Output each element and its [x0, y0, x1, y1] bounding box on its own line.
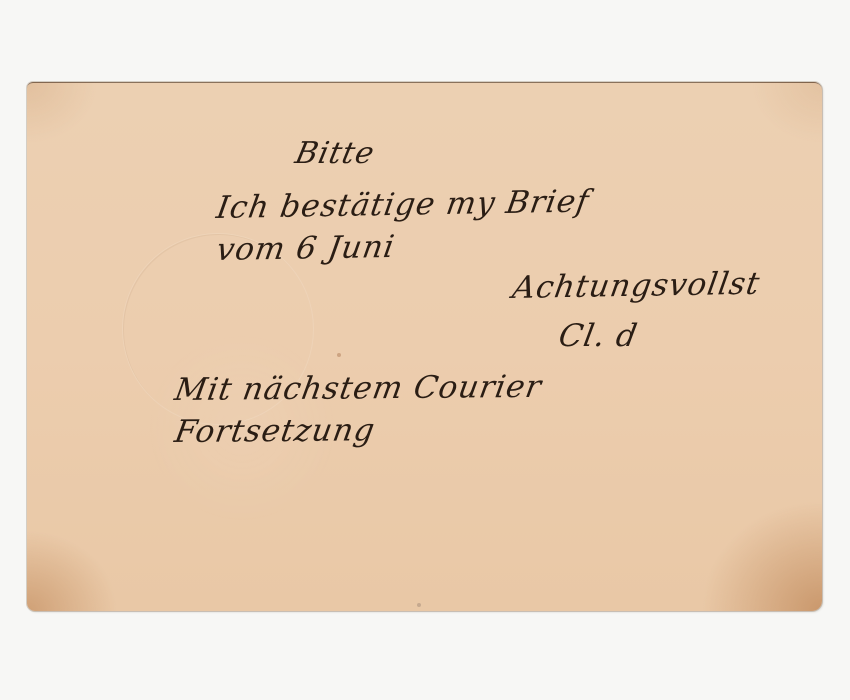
- handwritten-line-confirm-letter: Ich bestätige my Brief: [214, 184, 592, 226]
- ink-speck: [337, 353, 341, 357]
- handwritten-postscript-line2: Fortsetzung: [172, 412, 378, 450]
- faint-mark: [417, 603, 421, 607]
- handwritten-line-date: vom 6 Juni: [214, 229, 398, 268]
- handwritten-postscript-line1: Mit nächstem Courier: [172, 369, 545, 408]
- handwritten-closing: Achtungsvollst: [510, 266, 763, 306]
- postcard: [27, 82, 822, 611]
- handwritten-signature: Cl. d: [556, 318, 641, 354]
- handwritten-salutation: Bitte: [292, 136, 378, 171]
